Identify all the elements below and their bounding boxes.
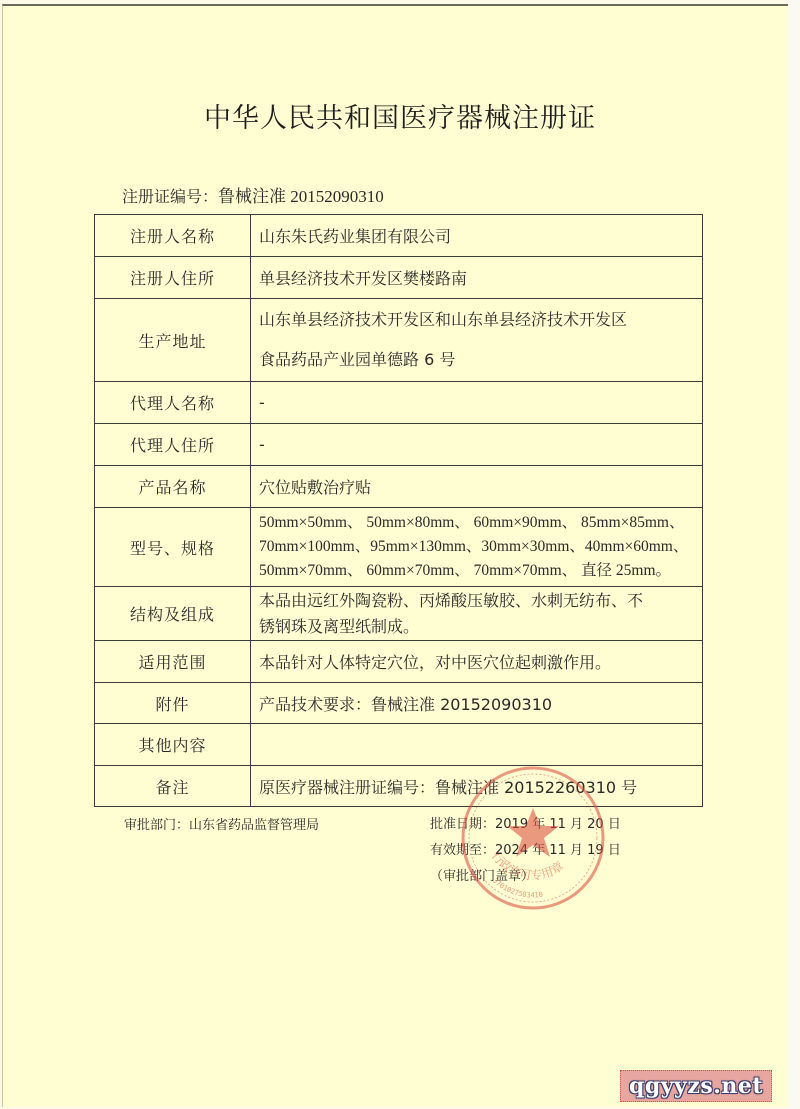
table-row: 适用范围 本品针对人体特定穴位，对中医穴位起刺激作用。 <box>95 641 703 683</box>
field-value: 本品针对人体特定穴位，对中医穴位起刺激作用。 <box>251 641 703 683</box>
value-line: 50mm×70mm、 60mm×70mm、 70mm×70mm、 直径 25mm… <box>259 559 694 583</box>
registration-number-value: 鲁械注准 20152090310 <box>218 187 384 206</box>
approval-date: 批准日期：2019 年 11 月 20 日 <box>430 812 621 838</box>
field-label: 注册人名称 <box>95 215 251 257</box>
approval-department-label: 审批部门： <box>124 818 189 833</box>
field-value <box>251 724 703 766</box>
table-row: 备注 原医疗器械注册证编号：鲁械注准 20152260310 号 <box>95 766 703 807</box>
field-value: 单县经济技术开发区樊楼路南 <box>251 257 703 299</box>
table-row: 附件 产品技术要求：鲁械注准 20152090310 <box>95 683 703 724</box>
document-title: 中华人民共和国医疗器械注册证 <box>0 96 800 135</box>
table-row: 代理人名称 - <box>95 382 703 424</box>
approval-department-value: 山东省药品监督管理局 <box>189 818 319 833</box>
field-label: 代理人名称 <box>95 382 251 424</box>
table-row: 注册人名称 山东朱氏药业集团有限公司 <box>95 215 703 257</box>
field-label: 结构及组成 <box>95 587 251 641</box>
scan-margin <box>788 0 800 1109</box>
valid-until-date: 有效期至：2024 年 11 月 19 日 <box>430 838 621 864</box>
seal-note: （审批部门盖章） <box>430 864 621 890</box>
field-value: 原医疗器械注册证编号：鲁械注准 20152260310 号 <box>251 766 703 807</box>
field-value: 50mm×50mm、 50mm×80mm、 60mm×90mm、 85mm×85… <box>251 508 703 587</box>
value-line: 山东单县经济技术开发区和山东单县经济技术开发区 <box>259 300 694 340</box>
field-value: 本品由远红外陶瓷粉、丙烯酸压敏胶、水刺无纺布、不 锈钢珠及离型纸制成。 <box>251 587 703 641</box>
field-label: 生产地址 <box>95 299 251 382</box>
field-value: - <box>251 424 703 466</box>
faint-bleed-through <box>520 30 700 80</box>
field-value: 穴位贴敷治疗贴 <box>251 466 703 508</box>
field-value: - <box>251 382 703 424</box>
field-label: 产品名称 <box>95 466 251 508</box>
approval-dates: 批准日期：2019 年 11 月 20 日 有效期至：2024 年 11 月 1… <box>430 812 621 890</box>
field-label: 代理人住所 <box>95 424 251 466</box>
registration-number: 注册证编号：鲁械注准 20152090310 <box>122 182 384 207</box>
value-line: 食品药品产业园单德路 6 号 <box>259 340 694 380</box>
field-label: 其他内容 <box>95 724 251 766</box>
certificate-table: 注册人名称 山东朱氏药业集团有限公司 注册人住所 单县经济技术开发区樊楼路南 生… <box>94 214 703 807</box>
table-row: 结构及组成 本品由远红外陶瓷粉、丙烯酸压敏胶、水刺无纺布、不 锈钢珠及离型纸制成… <box>95 587 703 641</box>
value-line: 50mm×50mm、 50mm×80mm、 60mm×90mm、 85mm×85… <box>259 511 694 535</box>
table-row: 型号、规格 50mm×50mm、 50mm×80mm、 60mm×90mm、 8… <box>95 508 703 587</box>
registration-number-label: 注册证编号： <box>122 187 218 206</box>
table-row: 产品名称 穴位贴敷治疗贴 <box>95 466 703 508</box>
table-row: 生产地址 山东单县经济技术开发区和山东单县经济技术开发区 食品药品产业园单德路 … <box>95 299 703 382</box>
site-watermark: qgyyzs.net <box>620 1070 772 1102</box>
field-label: 型号、规格 <box>95 508 251 587</box>
table-row: 其他内容 <box>95 724 703 766</box>
value-line: 70mm×100mm、95mm×130mm、30mm×30mm、40mm×60m… <box>259 535 694 559</box>
value-line: 本品由远红外陶瓷粉、丙烯酸压敏胶、水刺无纺布、不 <box>259 588 694 614</box>
field-label: 附件 <box>95 683 251 724</box>
field-value: 山东单县经济技术开发区和山东单县经济技术开发区 食品药品产业园单德路 6 号 <box>251 299 703 382</box>
table-row: 注册人住所 单县经济技术开发区樊楼路南 <box>95 257 703 299</box>
field-value: 山东朱氏药业集团有限公司 <box>251 215 703 257</box>
field-label: 备注 <box>95 766 251 807</box>
approval-department: 审批部门：山东省药品监督管理局 <box>124 814 319 833</box>
field-label: 适用范围 <box>95 641 251 683</box>
value-line: 锈钢珠及离型纸制成。 <box>259 614 694 640</box>
table-row: 代理人住所 - <box>95 424 703 466</box>
field-label: 注册人住所 <box>95 257 251 299</box>
field-value: 产品技术要求：鲁械注准 20152090310 <box>251 683 703 724</box>
